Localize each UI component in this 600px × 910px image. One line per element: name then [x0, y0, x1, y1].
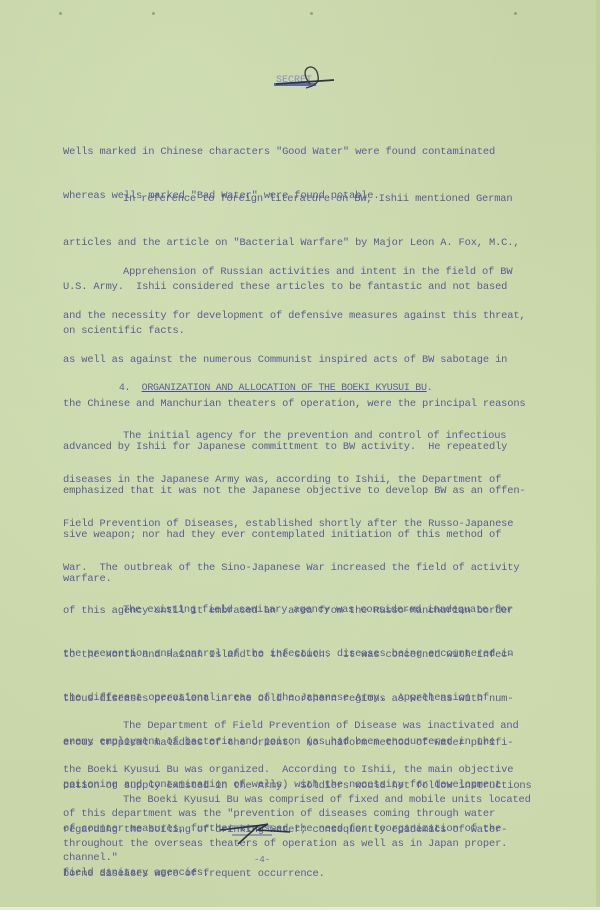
- text-line: The existing field sanitary agency was c…: [63, 603, 583, 618]
- section-title-period: .: [427, 383, 433, 394]
- text-line: The Boeki Kyusui Bu was comprised of fix…: [63, 793, 583, 808]
- punch-hole: [152, 12, 155, 15]
- text-line: and the necessity for development of def…: [63, 309, 583, 324]
- classification-stamp-bottom: [218, 820, 298, 846]
- paragraph: The Boeki Kyusui Bu was comprised of fix…: [63, 764, 583, 881]
- text-line: In reference to foreign literature on BW…: [63, 192, 583, 207]
- section-title: ORGANIZATION AND ALLOCATION OF THE BOEKI…: [142, 383, 427, 394]
- text-line: The initial agency for the prevention an…: [63, 429, 583, 444]
- text-line: diseases in the Japanese Army was, accor…: [63, 473, 583, 488]
- page-edge: [596, 0, 600, 910]
- text-line: The Department of Field Prevention of Di…: [63, 719, 583, 734]
- text-line: Wells marked in Chinese characters "Good…: [63, 145, 583, 160]
- text-line: Apprehension of Russian activities and i…: [63, 265, 583, 280]
- text-line: Field Prevention of Diseases, establishe…: [63, 517, 583, 532]
- page-number: -4-: [254, 855, 270, 865]
- classification-stamp-top: SECRET: [266, 62, 338, 92]
- section-number: 4.: [119, 383, 130, 394]
- punch-hole: [310, 12, 313, 15]
- punch-hole: [59, 12, 62, 15]
- text-line: the prevention and control of the infect…: [63, 647, 583, 662]
- text-line: throughout the overseas theaters of oper…: [63, 837, 583, 852]
- text-line: War. The outbreak of the Sino-Japanese W…: [63, 561, 583, 576]
- text-line: as well as against the numerous Communis…: [63, 353, 583, 368]
- document-page: SECRET Wells marked in Chinese character…: [0, 0, 600, 910]
- punch-hole: [514, 12, 517, 15]
